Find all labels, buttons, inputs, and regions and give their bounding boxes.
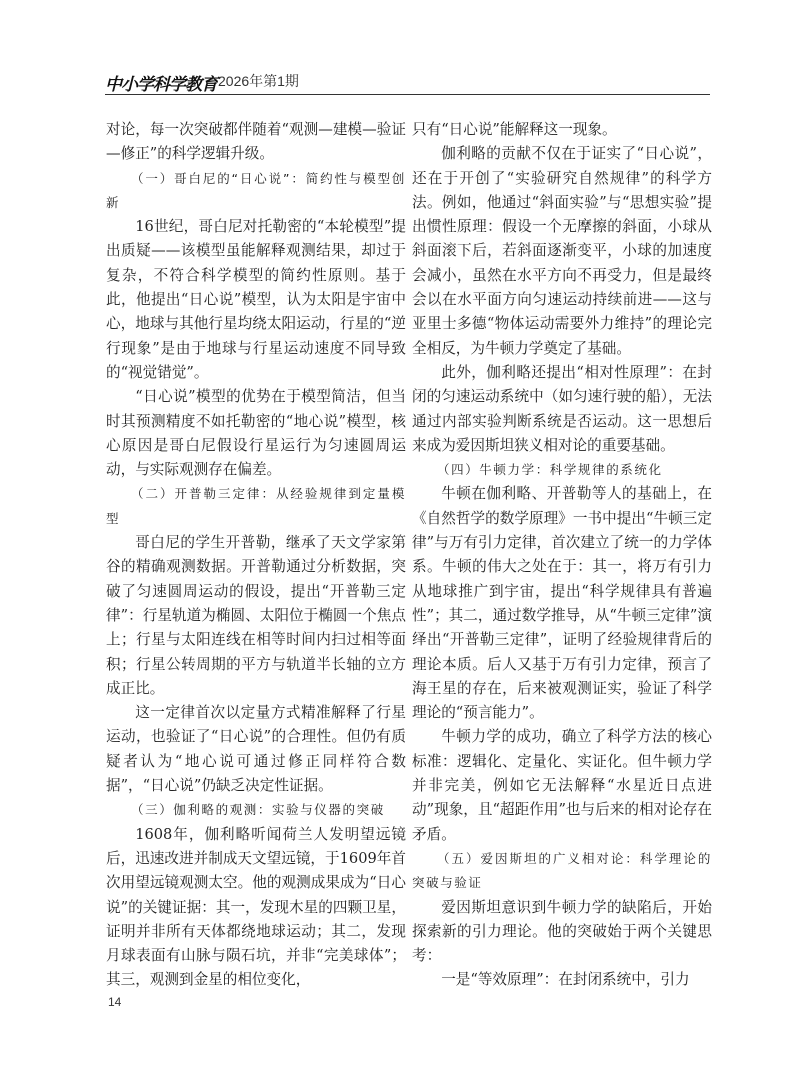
paragraph: 16世纪，哥白尼对托勒密的“本轮模型”提出质疑——该模型虽能解释观测结果，却过于… (106, 215, 406, 385)
paragraph: 1608年，伽利略听闻荷兰人发明望远镜后，迅速改进并制成天文望远镜，于1609年… (106, 823, 406, 993)
paragraph: 哥白尼的学生开普勒，继承了天文学家第谷的精确观测数据。开普勒通过分析数据，突破了… (106, 531, 406, 701)
issue-label: 2026年第1期 (218, 71, 299, 91)
journal-logo: 中小学科学教育 (105, 70, 217, 95)
paragraph: 此外，伽利略还提出“相对性原理”：在封闭的匀速运动系统中（如匀速行驶的船），无法… (412, 361, 712, 458)
section-heading: （四）牛顿力学：科学规律的系统化 (412, 458, 712, 482)
page-header: 中小学科学教育 2026年第1期 (105, 60, 710, 95)
section-heading: （二）开普勒三定律：从经验规律到定量模型 (106, 482, 406, 531)
section-heading: （一）哥白尼的“日心说”：简约性与模型创新 (106, 167, 406, 216)
paragraph: 一是“等效原理”：在封闭系统中，引力 (412, 968, 712, 992)
right-column: 只有“日心说”能解释这一现象。 伽利略的贡献不仅在于证实了“日心说”，还在于开创… (412, 118, 712, 993)
paragraph: 爱因斯坦意识到牛顿力学的缺陷后，开始探索新的引力理论。他的突破始于两个关键思考： (412, 896, 712, 969)
paragraph: 只有“日心说”能解释这一现象。 (412, 118, 712, 142)
paragraph: 伽利略的贡献不仅在于证实了“日心说”，还在于开创了“实验研究自然规律”的科学方法… (412, 142, 712, 361)
journal-page: 中小学科学教育 2026年第1期 对论，每一次突破都伴随着“观测—建模—验证—修… (0, 0, 800, 1077)
paragraph: “日心说”模型的优势在于模型简洁，但当时其预测精度不如托勒密的“地心说”模型，核… (106, 385, 406, 482)
page-number: 14 (108, 995, 121, 1009)
paragraph: 牛顿力学的成功，确立了科学方法的核心标准：逻辑化、定量化、实证化。但牛顿力学并非… (412, 725, 712, 846)
section-heading: （三）伽利略的观测：实验与仪器的突破 (106, 798, 406, 822)
paragraph: 这一定律首次以定量方式精准解释了行星运动，也验证了“日心说”的合理性。但仍有质疑… (106, 701, 406, 798)
paragraph: 对论，每一次突破都伴随着“观测—建模—验证—修正”的科学逻辑升级。 (106, 118, 406, 167)
paragraph: 牛顿在伽利略、开普勒等人的基础上，在《自然哲学的数学原理》一书中提出“牛顿三定律… (412, 482, 712, 725)
left-column: 对论，每一次突破都伴随着“观测—建模—验证—修正”的科学逻辑升级。 （一）哥白尼… (106, 118, 406, 993)
section-heading: （五）爱因斯坦的广义相对论：科学理论的突破与验证 (412, 847, 712, 896)
